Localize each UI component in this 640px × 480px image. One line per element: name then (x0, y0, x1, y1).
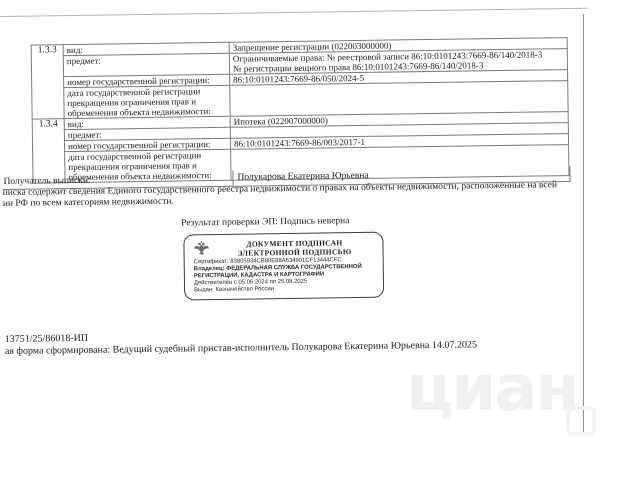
stamp-details: Сертификат: 83805934CB80E88A634901CF1344… (194, 257, 378, 295)
stamp-title: ДОКУМЕНТ ПОДПИСАН ЭЛЕКТРОННОЙ ПОДПИСЬЮ (214, 239, 374, 258)
stamp-issuer: Выдан: Казначейство России (194, 285, 378, 295)
recipient-label: Получатель выписки: (3, 176, 90, 187)
cian-logo-pin-icon (566, 406, 596, 436)
field-label-cell: дата государственной регистрации прекращ… (64, 85, 230, 118)
field-value-cell (230, 81, 568, 117)
recipient-value: Полукарова Екатерина Юрьевна (237, 171, 368, 183)
row-number-cell: 1.3.3 (31, 45, 64, 119)
case-number: 13751/25/86018-ИП (5, 333, 88, 345)
previous-section-border-line (0, 8, 588, 17)
cell-divider (232, 171, 233, 186)
signature-check-result: Результат проверки ЭП: Подпись неверна (181, 216, 349, 228)
page-edge-line (583, 14, 584, 435)
cian-watermark: циан (406, 352, 578, 426)
restrictions-table: 1.3.3 вид: Запрещение регистрации (02200… (31, 37, 570, 183)
field-label-cell: предмет: (63, 53, 229, 76)
scanned-egrn-extract-page: { "table": { "groups": [ { "num": "1.3.3… (0, 0, 640, 480)
digital-signature-stamp: ДОКУМЕНТ ПОДПИСАН ЭЛЕКТРОННОЙ ПОДПИСЬЮ С… (183, 232, 384, 301)
